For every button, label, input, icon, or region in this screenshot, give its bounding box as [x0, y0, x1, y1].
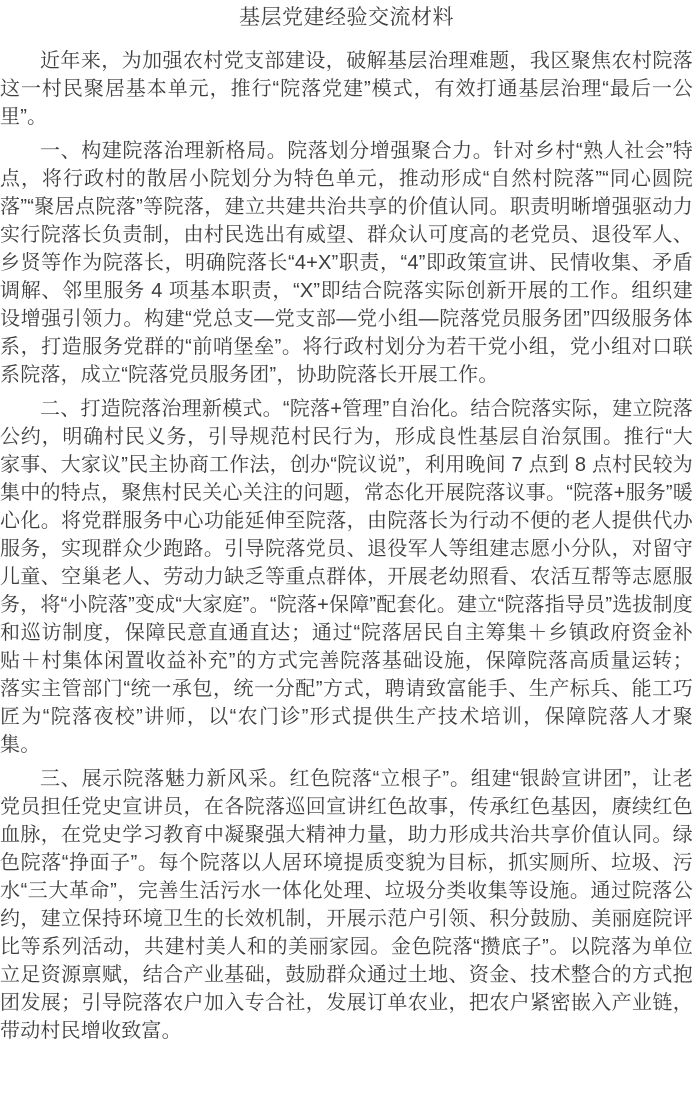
paragraph-section-3: 三、展示院落魅力新风采。红色院落“立根子”。组建“银龄宣讲团”，让老党员担任党史…: [0, 765, 693, 1045]
paragraph-intro: 近年来，为加强农村党支部建设，破解基层治理难题，我区聚焦农村院落这一村民聚居基本…: [0, 47, 693, 131]
paragraph-section-1: 一、构建院落治理新格局。院落划分增强聚合力。针对乡村“熟人社会”特点，将行政村的…: [0, 137, 693, 389]
document-title: 基层党建经验交流材料: [0, 4, 693, 32]
document-page: 基层党建经验交流材料 近年来，为加强农村党支部建设，破解基层治理难题，我区聚焦农…: [0, 0, 693, 1097]
paragraph-section-2: 二、打造院落治理新模式。“院落+管理”自治化。结合院落实际，建立院落公约，明确村…: [0, 395, 693, 759]
